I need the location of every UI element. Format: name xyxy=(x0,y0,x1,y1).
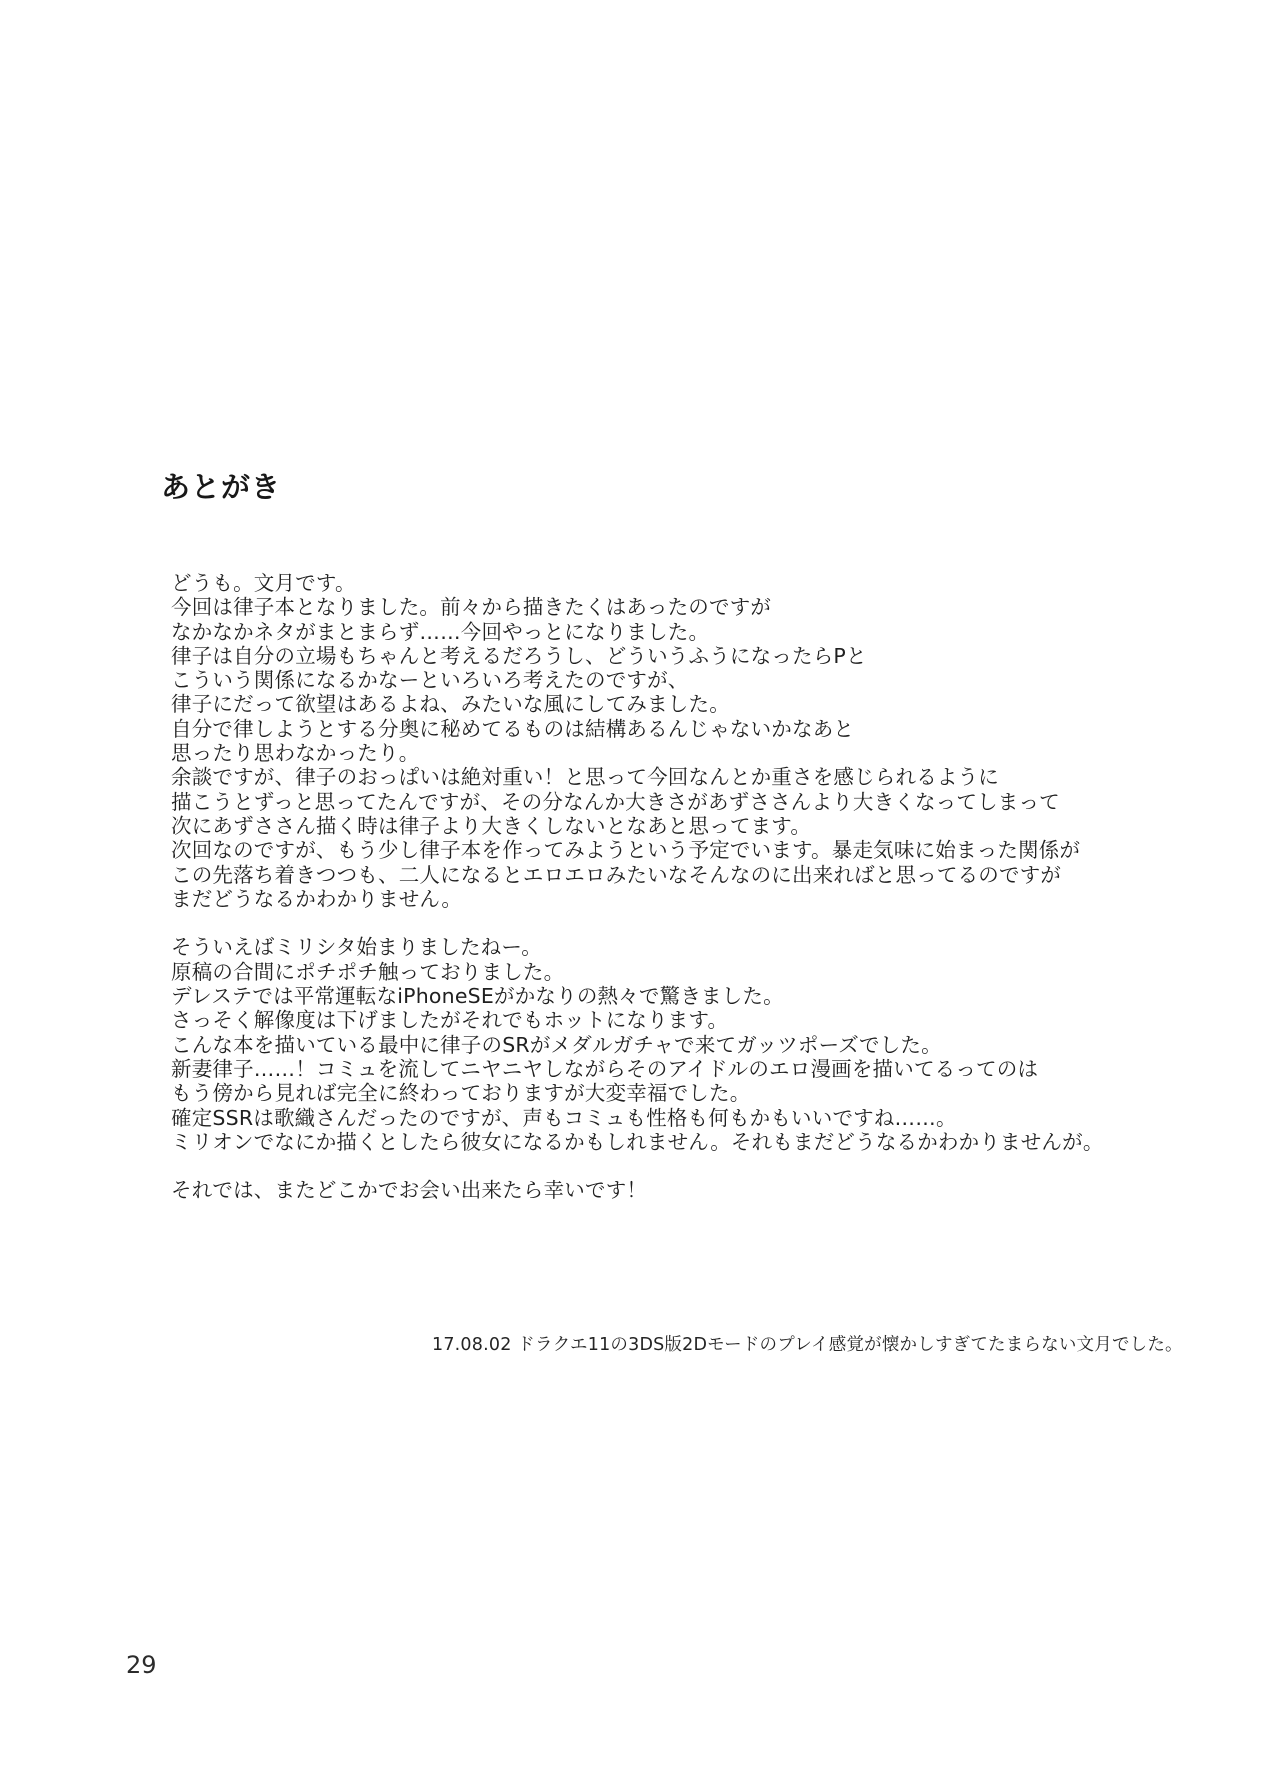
afterword-line: 新妻律子……！コミュを流してニヤニヤしながらそのアイドルのエロ漫画を描いてるって… xyxy=(171,1057,1104,1081)
afterword-line: 原稿の合間にポチポチ触っておりました。 xyxy=(171,960,1104,984)
afterword-line: そういえばミリシタ始まりましたねー。 xyxy=(171,935,1104,959)
afterword-line: ミリオンでなにか描くとしたら彼女になるかもしれません。それもまだどうなるかわかり… xyxy=(171,1130,1104,1154)
afterword-blank-line xyxy=(171,911,1104,935)
afterword-blank-line xyxy=(171,1154,1104,1178)
afterword-body: どうも。文月です。 今回は律子本となりました。前々から描きたくはあったのですが … xyxy=(171,571,1104,1203)
afterword-line: 確定SSRは歌織さんだったのですが、声もコミュも性格も何もかもいいですね……。 xyxy=(171,1106,1104,1130)
afterword-page: あとがき どうも。文月です。 今回は律子本となりました。前々から描きたくはあった… xyxy=(0,0,1280,1790)
afterword-line: もう傍から見れば完全に終わっておりますが大変幸福でした。 xyxy=(171,1081,1104,1105)
afterword-line: デレステでは平常運転なiPhoneSEがかなりの熱々で驚きました。 xyxy=(171,984,1104,1008)
afterword-line: 律子は自分の立場もちゃんと考えるだろうし、どういうふうになったらPと xyxy=(171,644,1104,668)
afterword-line: 自分で律しようとする分奥に秘めてるものは結構あるんじゃないかなあと xyxy=(171,717,1104,741)
afterword-line: この先落ち着きつつも、二人になるとエロエロみたいなそんなのに出来ればと思ってるの… xyxy=(171,863,1104,887)
afterword-line: まだどうなるかわかりません。 xyxy=(171,887,1104,911)
afterword-line: こういう関係になるかなーといろいろ考えたのですが、 xyxy=(171,668,1104,692)
afterword-line: なかなかネタがまとまらず……今回やっとになりました。 xyxy=(171,620,1104,644)
afterword-line: 律子にだって欲望はあるよね、みたいな風にしてみました。 xyxy=(171,692,1104,716)
afterword-line: 思ったり思わなかったり。 xyxy=(171,741,1104,765)
afterword-line: どうも。文月です。 xyxy=(171,571,1104,595)
afterword-line: さっそく解像度は下げましたがそれでもホットになります。 xyxy=(171,1008,1104,1032)
afterword-title: あとがき xyxy=(161,465,281,506)
afterword-line: 今回は律子本となりました。前々から描きたくはあったのですが xyxy=(171,595,1104,619)
page-number: 29 xyxy=(126,1651,157,1680)
afterword-line: それでは、またどこかでお会い出来たら幸いです！ xyxy=(171,1178,1104,1202)
afterword-line: 次にあずささん描く時は律子より大きくしないとなあと思ってます。 xyxy=(171,814,1104,838)
afterword-line: こんな本を描いている最中に律子のSRがメダルガチャで来てガッツポーズでした。 xyxy=(171,1033,1104,1057)
closing-date-note: 17.08.02 ドラクエ11の3DS版2Dモードのプレイ感覚が懐かしすぎてたま… xyxy=(432,1333,1183,1357)
afterword-line: 描こうとずっと思ってたんですが、その分なんか大きさがあずささんより大きくなってし… xyxy=(171,790,1104,814)
afterword-line: 次回なのですが、もう少し律子本を作ってみようという予定でいます。暴走気味に始まっ… xyxy=(171,838,1104,862)
afterword-line: 余談ですが、律子のおっぱいは絶対重い！と思って今回なんとか重さを感じられるように xyxy=(171,765,1104,789)
